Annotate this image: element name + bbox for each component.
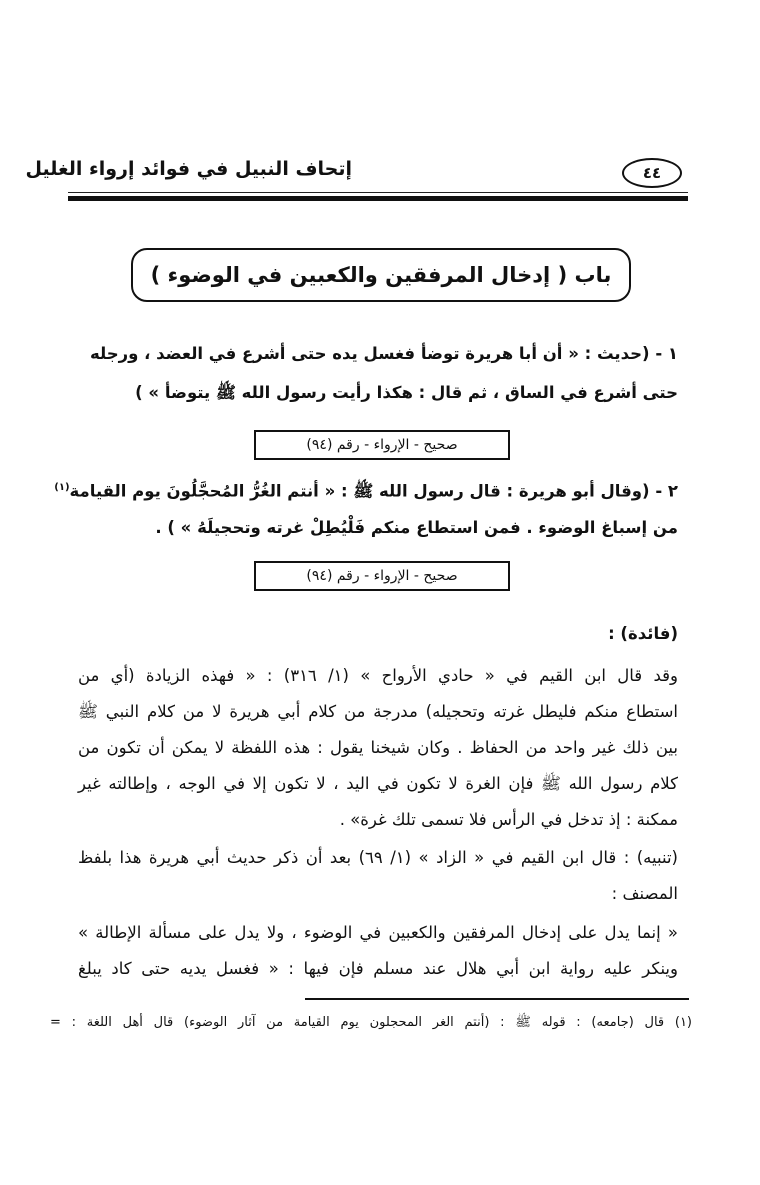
hadith-1-line-2: حتى أشرع في الساق ، ثم قال : هكذا رأيت ر…: [110, 381, 678, 405]
grade-box-1: صحيح - الإرواء - رقم (٩٤): [254, 430, 510, 460]
faida-line-2: استطاع منكم فليطل غرته وتحجيله) مدرجة من…: [78, 700, 678, 724]
tanbih-line-2: المصنف :: [78, 882, 678, 906]
header-rule-thick: [68, 196, 688, 201]
tanbih-line-4: وينكر عليه رواية ابن أبي هلال عند مسلم ف…: [78, 957, 678, 981]
page-number-oval: ٤٤: [622, 158, 682, 188]
footnote-rule: [305, 998, 689, 1000]
tanbih-line-3: « إنما يدل على إدخال المرفقين والكعبين ف…: [78, 921, 678, 945]
footnote-marker[interactable]: (١): [54, 482, 69, 493]
page-number: ٤٤: [643, 164, 661, 182]
footnote-1: (١) قال (جامعه) : قوله ﷺ : (أنتم الغر ال…: [50, 1013, 692, 1033]
tanbih-line-1: (تنبيه) : قال ابن القيم في « الزاد » (١/…: [78, 846, 678, 870]
grade-text-2: صحيح - الإرواء - رقم (٩٤): [306, 568, 457, 584]
hadith-2-line-1: ٢ - (وقال أبو هريرة : قال رسول الله ﷺ : …: [110, 476, 678, 504]
running-title: إتحاف النبيل في فوائد إرواء الغليل: [62, 158, 352, 180]
hadith-2-text: ٢ - (وقال أبو هريرة : قال رسول الله ﷺ : …: [70, 482, 678, 501]
faida-line-1: وقد قال ابن القيم في « حادي الأرواح » (١…: [78, 664, 678, 688]
grade-text-1: صحيح - الإرواء - رقم (٩٤): [306, 437, 457, 453]
faida-heading: (فائدة) :: [78, 622, 678, 646]
chapter-title-box: باب ( إدخال المرفقين والكعبين في الوضوء …: [131, 248, 631, 302]
faida-line-3: بين ذلك غير واحد من الحفاظ . وكان شيخنا …: [78, 736, 678, 760]
hadith-2-line-2: من إسباغ الوضوء . فمن استطاع منكم فَلْيُ…: [110, 516, 678, 540]
grade-box-2: صحيح - الإرواء - رقم (٩٤): [254, 561, 510, 591]
faida-line-5: ممكنة : إذ تدخل في الرأس فلا تسمى تلك غر…: [78, 808, 678, 832]
chapter-title: باب ( إدخال المرفقين والكعبين في الوضوء …: [151, 263, 612, 287]
header-rule-thin: [68, 192, 688, 193]
hadith-1-line-1: ١ - (حديث : « أن أبا هريرة توضأ فغسل يده…: [110, 342, 678, 366]
faida-line-4: كلام رسول الله ﷺ فإن الغرة لا تكون في ال…: [78, 772, 678, 796]
